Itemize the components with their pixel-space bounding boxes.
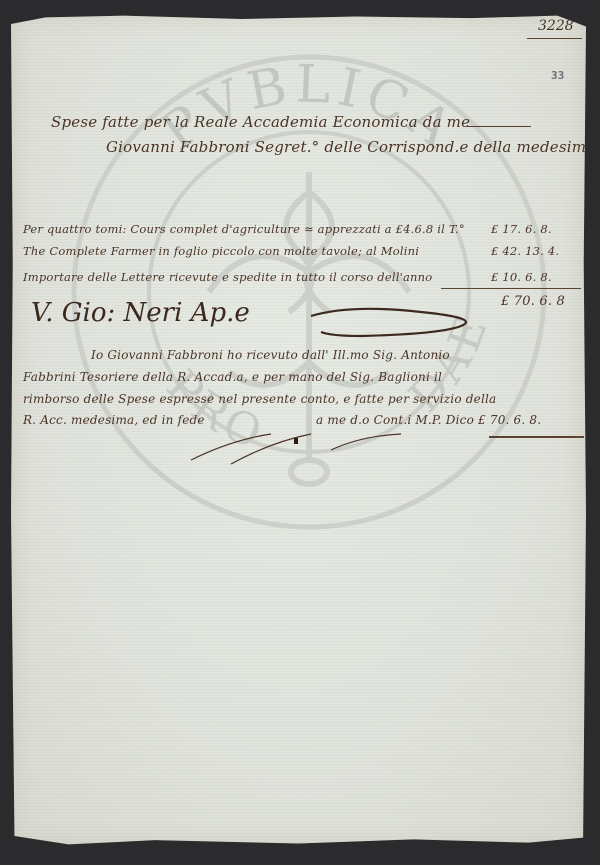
heading-line-2: Giovanni Fabbroni Segret.° delle Corrisp… xyxy=(106,138,595,156)
approval-signature: V. Gio: Neri Ap.e xyxy=(31,298,250,328)
receipt-signature-flourish-icon xyxy=(181,428,421,468)
entry-2-amount: £ 42. 13. 4. xyxy=(491,244,559,258)
receipt-total-underline xyxy=(489,436,584,438)
scan-background: PVBLICA PRO DAE 3228 33 xyxy=(0,0,600,865)
archive-number-underline xyxy=(527,38,582,39)
receipt-line-3: rimborso delle Spese espresse nel presen… xyxy=(23,392,496,406)
entry-1-description: Per quattro tomi: Cours complet d'agricu… xyxy=(23,222,465,236)
entry-3-amount: £ 10. 6. 8. xyxy=(491,270,552,284)
heading-line-1: Spese fatte per la Reale Accademia Econo… xyxy=(51,113,470,131)
heading-flourish xyxy=(466,126,531,127)
entry-1-amount: £ 17. 6. 8. xyxy=(491,222,552,236)
paper-sheet: PVBLICA PRO DAE 3228 33 xyxy=(11,14,586,846)
receipt-line-5: a me d.o Cont.i M.P. Dico £ 70. 6. 8. xyxy=(316,413,541,427)
entry-3-description: Importare delle Lettere ricevute e spedi… xyxy=(23,270,432,284)
folio-stamp-number: 33 xyxy=(551,69,564,82)
entry-2-description: The Complete Farmer in foglio piccolo co… xyxy=(23,244,419,258)
total-amount: £ 70. 6. 8 xyxy=(501,294,565,309)
receipt-line-1: Io Giovanni Fabbroni ho ricevuto dall' I… xyxy=(91,348,450,362)
signature-flourish-icon xyxy=(301,304,491,339)
archive-number: 3228 xyxy=(538,18,574,34)
receipt-line-2: Fabbrini Tesoriere della R. Accad.a, e p… xyxy=(23,370,442,384)
receipt-line-4: R. Acc. medesima, ed in fede xyxy=(23,413,205,427)
total-rule xyxy=(441,288,581,289)
